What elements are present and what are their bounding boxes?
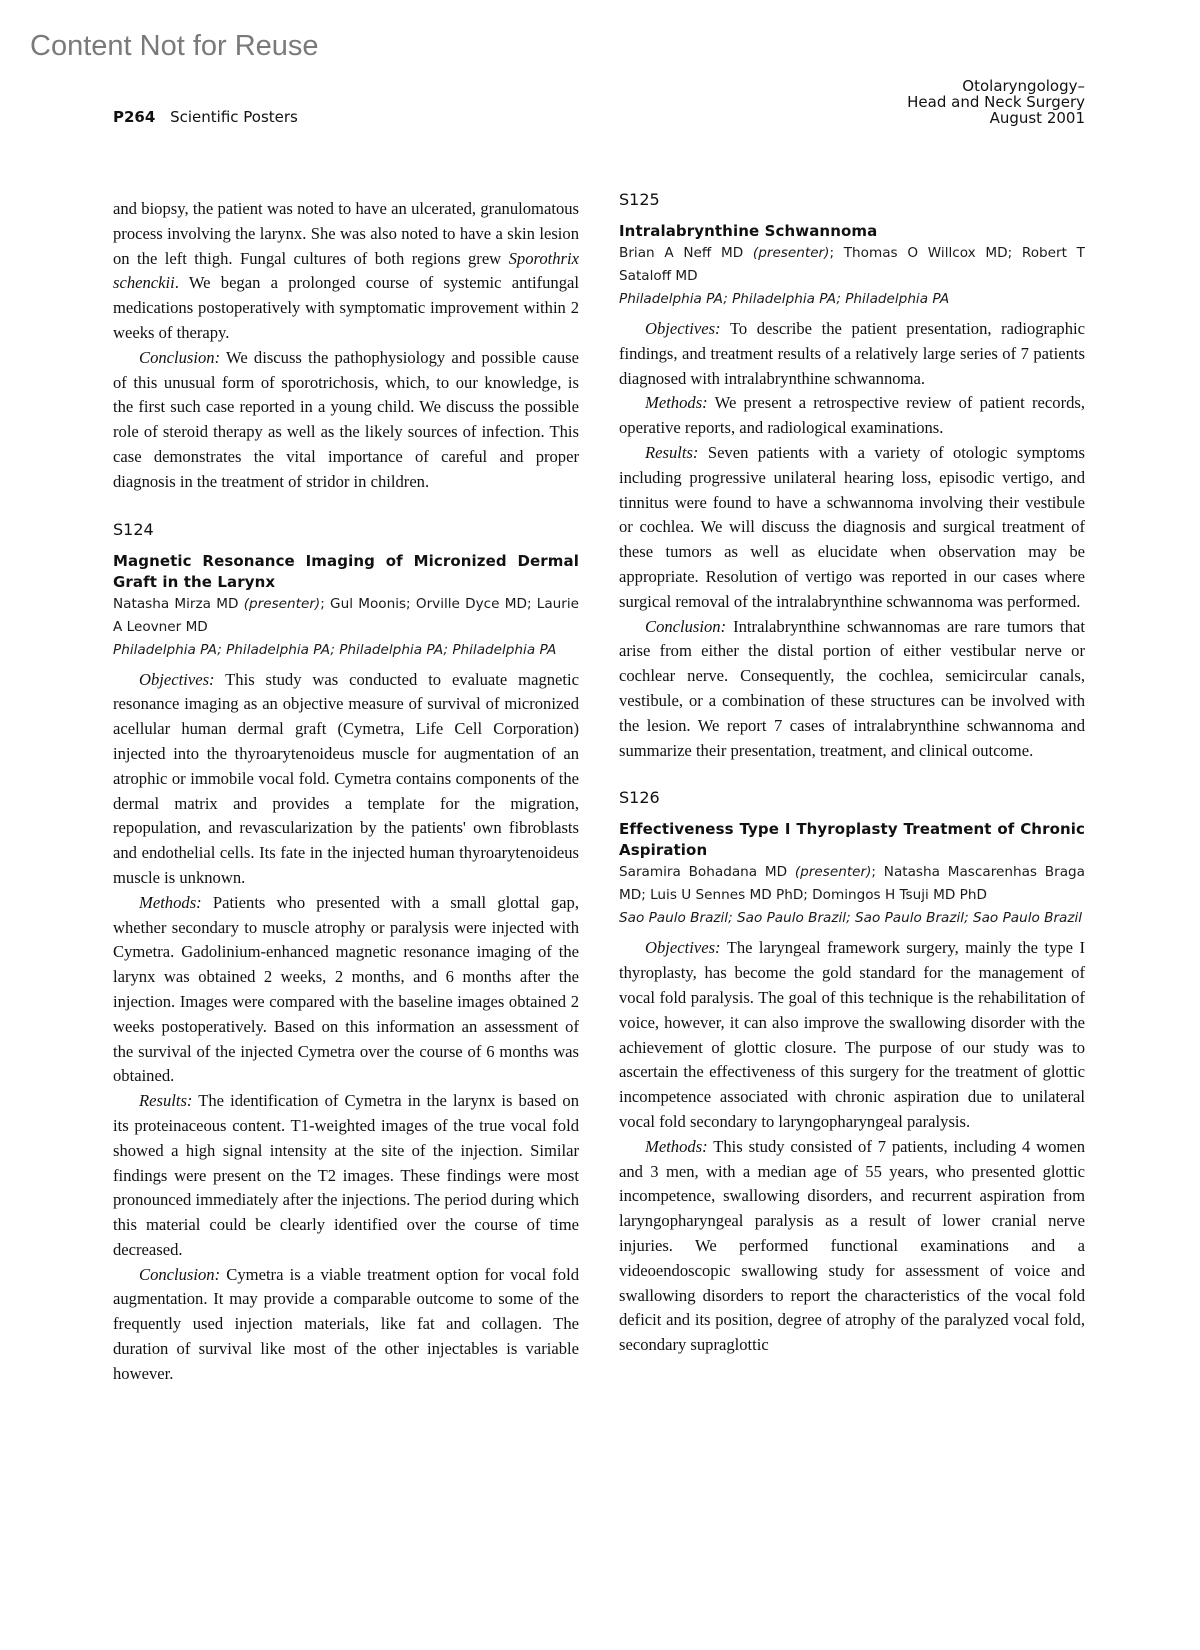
abstract-methods: Methods: Patients who presented with a s… <box>113 891 579 1089</box>
abstract-authors: Saramira Bohadana MD (presenter); Natash… <box>619 861 1085 907</box>
abstract-id: S124 <box>113 519 579 541</box>
section-label: Results: <box>645 443 698 462</box>
page-number: P264 <box>113 108 155 126</box>
section-label: Objectives: <box>645 319 721 338</box>
section-label: Objectives: <box>139 670 215 689</box>
section-label: Conclusion: <box>139 1265 220 1284</box>
abstract-s126: S126 Effectiveness Type I Thyroplasty Tr… <box>619 787 1085 1358</box>
section-label: Objectives: <box>645 938 721 957</box>
journal-header: Otolaryngology– Head and Neck Surgery Au… <box>907 78 1085 126</box>
presenter-tag: (presenter) <box>753 245 830 261</box>
abstract-objectives: Objectives: This study was conducted to … <box>113 668 579 891</box>
abstract-conclusion: Conclusion: Intralabrynthine schwannomas… <box>619 615 1085 764</box>
section-label: Conclusion: <box>139 348 220 367</box>
abstract-title: Intralabrynthine Schwannoma <box>619 221 1085 242</box>
abstract-objectives: Objectives: To describe the patient pres… <box>619 317 1085 391</box>
abstract-affiliations: Sao Paulo Brazil; Sao Paulo Brazil; Sao … <box>619 907 1085 930</box>
section-label: Methods: <box>645 393 708 412</box>
continued-paragraph: and biopsy, the patient was noted to hav… <box>113 197 579 346</box>
running-head-left: P264 Scientific Posters <box>113 108 298 126</box>
abstract-affiliations: Philadelphia PA; Philadelphia PA; Philad… <box>113 639 579 662</box>
abstract-authors: Brian A Neff MD (presenter); Thomas O Wi… <box>619 242 1085 288</box>
section-name: Scientific Posters <box>170 108 298 126</box>
abstract-title: Magnetic Resonance Imaging of Micronized… <box>113 551 579 593</box>
journal-name-line1: Otolaryngology– <box>907 78 1085 94</box>
abstract-results: Results: The identification of Cymetra i… <box>113 1089 579 1263</box>
abstract-methods: Methods: This study consisted of 7 patie… <box>619 1135 1085 1358</box>
abstract-authors: Natasha Mirza MD (presenter); Gul Moonis… <box>113 593 579 639</box>
abstract-id: S126 <box>619 787 1085 809</box>
abstract-s125: S125 Intralabrynthine Schwannoma Brian A… <box>619 189 1085 763</box>
abstract-id: S125 <box>619 189 1085 211</box>
journal-name-line2: Head and Neck Surgery <box>907 94 1085 110</box>
abstract-objectives: Objectives: The laryngeal framework surg… <box>619 936 1085 1134</box>
abstract-methods: Methods: We present a retrospective revi… <box>619 391 1085 441</box>
section-label: Conclusion: <box>645 617 726 636</box>
abstract-conclusion: Conclusion: Cymetra is a viable treatmen… <box>113 1263 579 1387</box>
issue-date: August 2001 <box>907 110 1085 126</box>
abstract-s124: S124 Magnetic Resonance Imaging of Micro… <box>113 519 579 1387</box>
abstract-title: Effectiveness Type I Thyroplasty Treatme… <box>619 819 1085 861</box>
presenter-tag: (presenter) <box>244 596 321 612</box>
watermark: Content Not for Reuse <box>30 30 319 63</box>
section-label: Results: <box>139 1091 192 1110</box>
presenter-tag: (presenter) <box>795 864 872 880</box>
abstract-results: Results: Seven patients with a variety o… <box>619 441 1085 615</box>
continued-conclusion: Conclusion: We discuss the pathophysiolo… <box>113 346 579 495</box>
section-label: Methods: <box>139 893 202 912</box>
abstract-affiliations: Philadelphia PA; Philadelphia PA; Philad… <box>619 288 1085 311</box>
right-column: S125 Intralabrynthine Schwannoma Brian A… <box>619 197 1085 1358</box>
left-column: and biopsy, the patient was noted to hav… <box>113 197 579 1387</box>
section-label: Methods: <box>645 1137 708 1156</box>
